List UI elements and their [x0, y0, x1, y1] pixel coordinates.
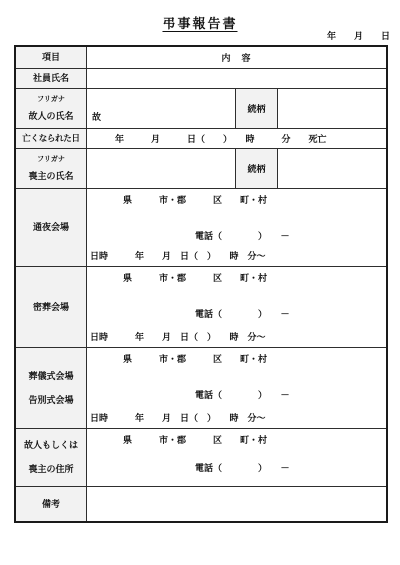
deceased-row: フリガナ 故人の氏名 故 続柄: [16, 89, 386, 129]
employee-label: 社員氏名: [16, 69, 87, 88]
funeral-hall-label-line1: 葬儀式会場: [28, 371, 73, 382]
header-item-cell: 項目: [16, 47, 87, 68]
deceased-relation-label: 続柄: [236, 89, 278, 128]
wake-phone-line: 電話（ ） －: [195, 229, 290, 242]
report-date-line: 年 月 日: [327, 29, 390, 42]
deceased-name-field[interactable]: 故: [87, 89, 236, 128]
wake-venue-field[interactable]: 県 市・郡 区 町・村 電話（ ） － 日時 年 月 日（ ） 時 分～: [87, 189, 386, 266]
funeral-hall-label-cell: 葬儀式会場 告別式会場: [16, 348, 87, 428]
mourner-name-label: 喪主の氏名: [28, 171, 73, 182]
mourner-row: フリガナ 喪主の氏名 続柄: [16, 149, 386, 189]
mourner-furigana-label: フリガナ: [37, 156, 65, 164]
death-date-label: 亡くなられた日: [16, 129, 87, 148]
deceased-prefix: 故: [92, 110, 101, 123]
employee-name-field[interactable]: [87, 69, 386, 88]
mourner-address-label-cell: 故人もしくは 喪主の住所: [16, 429, 87, 486]
mourner-label-cell: フリガナ 喪主の氏名: [16, 149, 87, 188]
funeral-hall-label-line2: 告別式会場: [28, 395, 73, 406]
mourner-name-field[interactable]: [87, 149, 236, 188]
funeral-hall-datetime-line: 日時 年 月 日（ ） 時 分～: [90, 411, 266, 424]
mourner-address-row: 故人もしくは 喪主の住所 県 市・郡 区 町・村 電話（ ） －: [16, 429, 386, 487]
funeral-hall-field[interactable]: 県 市・郡 区 町・村 電話（ ） － 日時 年 月 日（ ） 時 分～: [87, 348, 386, 428]
deceased-relation-field[interactable]: [278, 89, 386, 128]
private-funeral-phone-line: 電話（ ） －: [195, 307, 290, 320]
deceased-name-label: 故人の氏名: [28, 111, 73, 122]
private-funeral-row: 密葬会場 県 市・郡 区 町・村 電話（ ） － 日時 年 月 日（ ） 時 分…: [16, 267, 386, 348]
wake-address-line: 県 市・郡 区 町・村: [123, 193, 267, 206]
remarks-row: 備考: [16, 487, 386, 521]
private-funeral-label: 密葬会場: [16, 267, 87, 347]
mourner-relation-field[interactable]: [278, 149, 386, 188]
mourner-address-phone-line: 電話（ ） －: [195, 461, 290, 474]
deceased-label-cell: フリガナ 故人の氏名: [16, 89, 87, 128]
mourner-relation-label: 続柄: [236, 149, 278, 188]
wake-venue-row: 通夜会場 県 市・郡 区 町・村 電話（ ） － 日時 年 月 日（ ） 時 分…: [16, 189, 386, 267]
header-row: 項目 内 容: [16, 47, 386, 69]
header-content-cell: 内 容: [87, 47, 386, 68]
mourner-address-line: 県 市・郡 区 町・村: [123, 433, 267, 446]
employee-row: 社員氏名: [16, 69, 386, 89]
report-form-table: 項目 内 容 社員氏名 フリガナ 故人の氏名 故 続柄 亡くなられた日 年 月 …: [14, 45, 388, 523]
mourner-address-label-line2: 喪主の住所: [28, 464, 73, 475]
death-date-field[interactable]: 年 月 日（ ） 時 分 死亡: [87, 129, 386, 148]
remarks-field[interactable]: [87, 487, 386, 521]
mourner-address-label-line1: 故人もしくは: [24, 440, 78, 451]
private-funeral-address-line: 県 市・郡 区 町・村: [123, 271, 267, 284]
wake-datetime-line: 日時 年 月 日（ ） 時 分～: [90, 249, 266, 262]
wake-venue-label: 通夜会場: [16, 189, 87, 266]
remarks-label: 備考: [16, 487, 87, 521]
funeral-hall-row: 葬儀式会場 告別式会場 県 市・郡 区 町・村 電話（ ） － 日時 年 月 日…: [16, 348, 386, 429]
death-date-row: 亡くなられた日 年 月 日（ ） 時 分 死亡: [16, 129, 386, 149]
funeral-hall-address-line: 県 市・郡 区 町・村: [123, 352, 267, 365]
funeral-report-page: 弔事報告書 年 月 日 項目 内 容 社員氏名 フリガナ 故人の氏名 故 続柄: [0, 0, 400, 565]
mourner-address-field[interactable]: 県 市・郡 区 町・村 電話（ ） －: [87, 429, 386, 486]
private-funeral-datetime-line: 日時 年 月 日（ ） 時 分～: [90, 330, 266, 343]
funeral-hall-phone-line: 電話（ ） －: [195, 388, 290, 401]
deceased-furigana-label: フリガナ: [37, 96, 65, 104]
private-funeral-field[interactable]: 県 市・郡 区 町・村 電話（ ） － 日時 年 月 日（ ） 時 分～: [87, 267, 386, 347]
